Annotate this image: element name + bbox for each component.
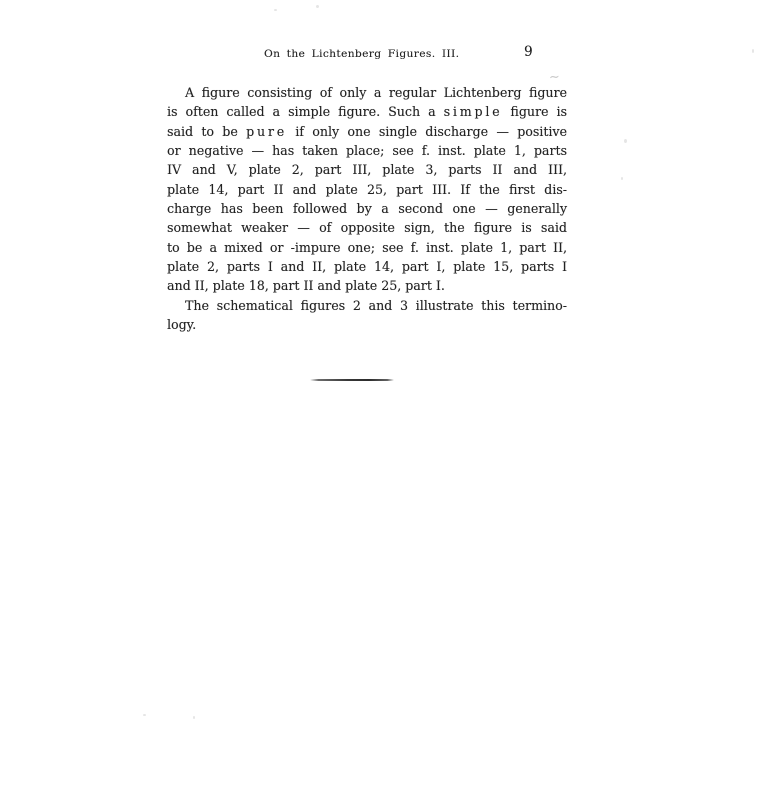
running-title: On the Lichtenberg Figures. III. xyxy=(264,49,459,60)
text-line: plate 2, parts I and II, plate 14, part … xyxy=(167,257,567,276)
text-segment: logy. xyxy=(167,317,196,332)
text-line: IV and V, plate 2, part III, plate 3, pa… xyxy=(167,160,567,179)
scan-artifact-speck xyxy=(624,139,627,143)
text-line: is often called a simple figure. Such a … xyxy=(167,102,567,121)
text-line: and II, plate 18, part II and plate 25, … xyxy=(167,276,567,295)
text-segment: and II, plate 18, part II and plate 25, … xyxy=(167,278,445,293)
text-line: charge has been followed by a second one… xyxy=(167,199,567,218)
emphasized-word: simple xyxy=(444,104,503,119)
emphasized-word: pure xyxy=(246,124,287,139)
text-segment: if only one single discharge — positive xyxy=(287,124,567,139)
text-line: plate 14, part II and plate 25, part III… xyxy=(167,180,567,199)
text-segment: plate 14, part II and plate 25, part III… xyxy=(167,182,567,197)
text-segment: said to be xyxy=(167,124,246,139)
scan-artifact-squiggle: ~ xyxy=(548,70,560,86)
text-line: or negative — has taken place; see f. in… xyxy=(167,141,567,160)
text-segment: charge has been followed by a second one… xyxy=(167,201,567,216)
scan-artifact-speck xyxy=(193,716,195,719)
text-segment: or negative — has taken place; see f. in… xyxy=(167,143,567,158)
scan-artifact-speck xyxy=(274,9,277,11)
text-segment: A figure consisting of only a regular Li… xyxy=(185,85,567,100)
text-line: The schematical figures 2 and 3 illustra… xyxy=(167,296,567,315)
scan-artifact-speck xyxy=(621,177,623,180)
text-segment: The schematical figures 2 and 3 illustra… xyxy=(185,298,567,313)
text-segment: is often called a simple figure. Such a xyxy=(167,104,444,119)
scanned-book-page: On the Lichtenberg Figures. III. 9 A fig… xyxy=(0,0,769,800)
text-line: said to be pure if only one single disch… xyxy=(167,122,567,141)
text-line: somewhat weaker — of opposite sign, the … xyxy=(167,218,567,237)
scan-artifact-speck xyxy=(316,5,319,8)
text-segment: plate 2, parts I and II, plate 14, part … xyxy=(167,259,567,274)
text-line: logy. xyxy=(167,315,567,334)
section-divider-rule xyxy=(310,379,394,381)
text-segment: IV and V, plate 2, part III, plate 3, pa… xyxy=(167,162,567,177)
text-line: A figure consisting of only a regular Li… xyxy=(167,83,567,102)
body-text-block: A figure consisting of only a regular Li… xyxy=(167,83,567,334)
text-line: to be a mixed or -impure one; see f. ins… xyxy=(167,238,567,257)
text-segment: figure is xyxy=(502,104,567,119)
text-segment: somewhat weaker — of opposite sign, the … xyxy=(167,220,567,235)
scan-artifact-speck xyxy=(143,714,146,716)
text-segment: to be a mixed or -impure one; see f. ins… xyxy=(167,240,567,255)
scan-artifact-speck xyxy=(752,49,754,53)
page-number: 9 xyxy=(524,46,533,60)
